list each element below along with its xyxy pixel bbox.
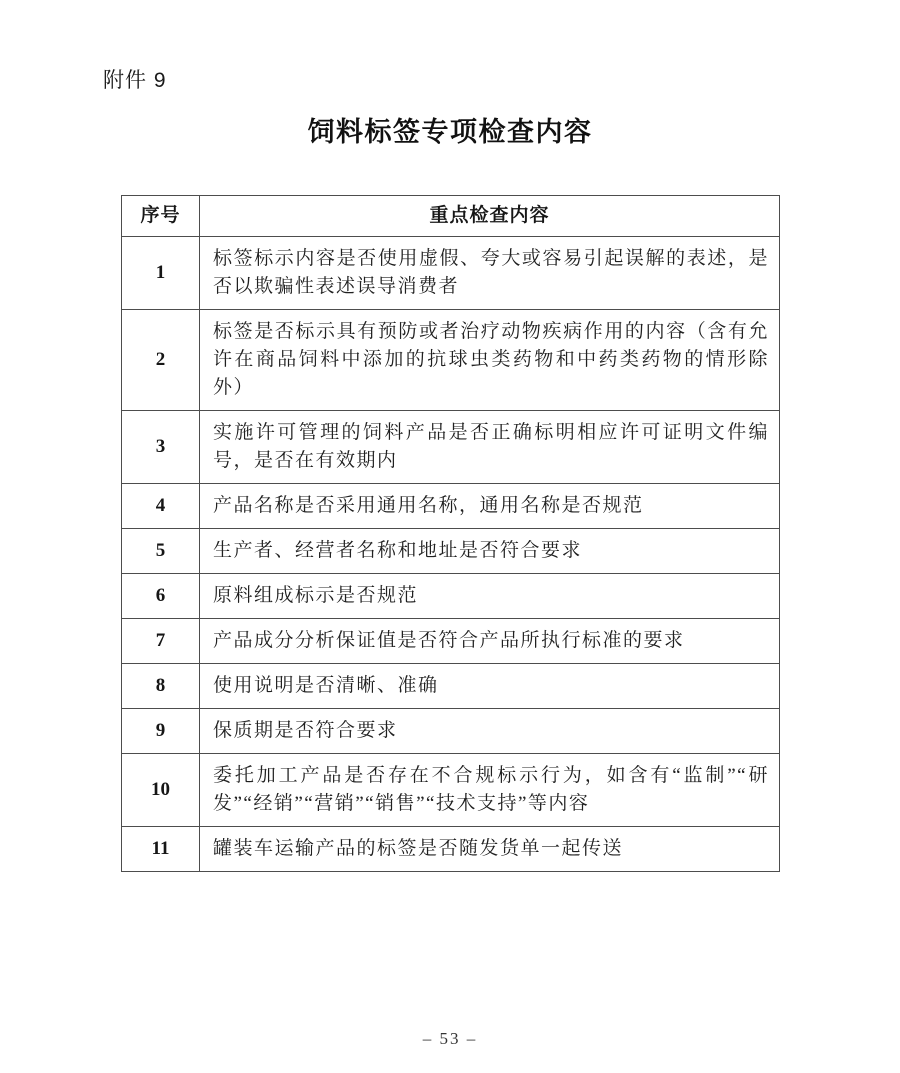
row-number-cell: 10 bbox=[122, 754, 200, 827]
table-row: 7 产品成分分析保证值是否符合产品所执行标准的要求 bbox=[122, 619, 780, 664]
row-content-cell: 生产者、经营者名称和地址是否符合要求 bbox=[200, 529, 780, 574]
table-row: 10 委托加工产品是否存在不合规标示行为，如含有“监制”“研发”“经销”“营销”… bbox=[122, 754, 780, 827]
inspection-table: 序号 重点检查内容 1 标签标示内容是否使用虚假、夸大或容易引起误解的表述，是否… bbox=[121, 195, 780, 872]
table-row: 5 生产者、经营者名称和地址是否符合要求 bbox=[122, 529, 780, 574]
row-content-cell: 产品名称是否采用通用名称，通用名称是否规范 bbox=[200, 484, 780, 529]
row-content-cell: 保质期是否符合要求 bbox=[200, 709, 780, 754]
row-content-cell: 使用说明是否清晰、准确 bbox=[200, 664, 780, 709]
row-number-cell: 2 bbox=[122, 310, 200, 411]
page-title: 饲料标签专项检查内容 bbox=[0, 110, 900, 149]
table-header-row: 序号 重点检查内容 bbox=[122, 196, 780, 237]
row-content-cell: 委托加工产品是否存在不合规标示行为，如含有“监制”“研发”“经销”“营销”“销售… bbox=[200, 754, 780, 827]
row-number-cell: 4 bbox=[122, 484, 200, 529]
row-number-cell: 7 bbox=[122, 619, 200, 664]
table-row: 6 原料组成标示是否规范 bbox=[122, 574, 780, 619]
row-number-cell: 11 bbox=[122, 827, 200, 872]
row-content-cell: 原料组成标示是否规范 bbox=[200, 574, 780, 619]
table-row: 8 使用说明是否清晰、准确 bbox=[122, 664, 780, 709]
attachment-label: 附件 9 bbox=[103, 64, 167, 94]
table-row: 9 保质期是否符合要求 bbox=[122, 709, 780, 754]
header-cell-serial: 序号 bbox=[122, 196, 200, 237]
table-row: 4 产品名称是否采用通用名称，通用名称是否规范 bbox=[122, 484, 780, 529]
table-row: 1 标签标示内容是否使用虚假、夸大或容易引起误解的表述，是否以欺骗性表述误导消费… bbox=[122, 237, 780, 310]
row-number-cell: 3 bbox=[122, 411, 200, 484]
row-content-cell: 标签标示内容是否使用虚假、夸大或容易引起误解的表述，是否以欺骗性表述误导消费者 bbox=[200, 237, 780, 310]
table-row: 2 标签是否标示具有预防或者治疗动物疾病作用的内容（含有允许在商品饲料中添加的抗… bbox=[122, 310, 780, 411]
row-number-cell: 6 bbox=[122, 574, 200, 619]
table-row: 11 罐装车运输产品的标签是否随发货单一起传送 bbox=[122, 827, 780, 872]
header-cell-content: 重点检查内容 bbox=[200, 196, 780, 237]
row-number-cell: 9 bbox=[122, 709, 200, 754]
row-content-cell: 罐装车运输产品的标签是否随发货单一起传送 bbox=[200, 827, 780, 872]
row-content-cell: 标签是否标示具有预防或者治疗动物疾病作用的内容（含有允许在商品饲料中添加的抗球虫… bbox=[200, 310, 780, 411]
page-number: – 53 – bbox=[0, 1029, 900, 1049]
row-number-cell: 8 bbox=[122, 664, 200, 709]
row-content-cell: 产品成分分析保证值是否符合产品所执行标准的要求 bbox=[200, 619, 780, 664]
row-content-cell: 实施许可管理的饲料产品是否正确标明相应许可证明文件编号，是否在有效期内 bbox=[200, 411, 780, 484]
row-number-cell: 5 bbox=[122, 529, 200, 574]
row-number-cell: 1 bbox=[122, 237, 200, 310]
table-row: 3 实施许可管理的饲料产品是否正确标明相应许可证明文件编号，是否在有效期内 bbox=[122, 411, 780, 484]
